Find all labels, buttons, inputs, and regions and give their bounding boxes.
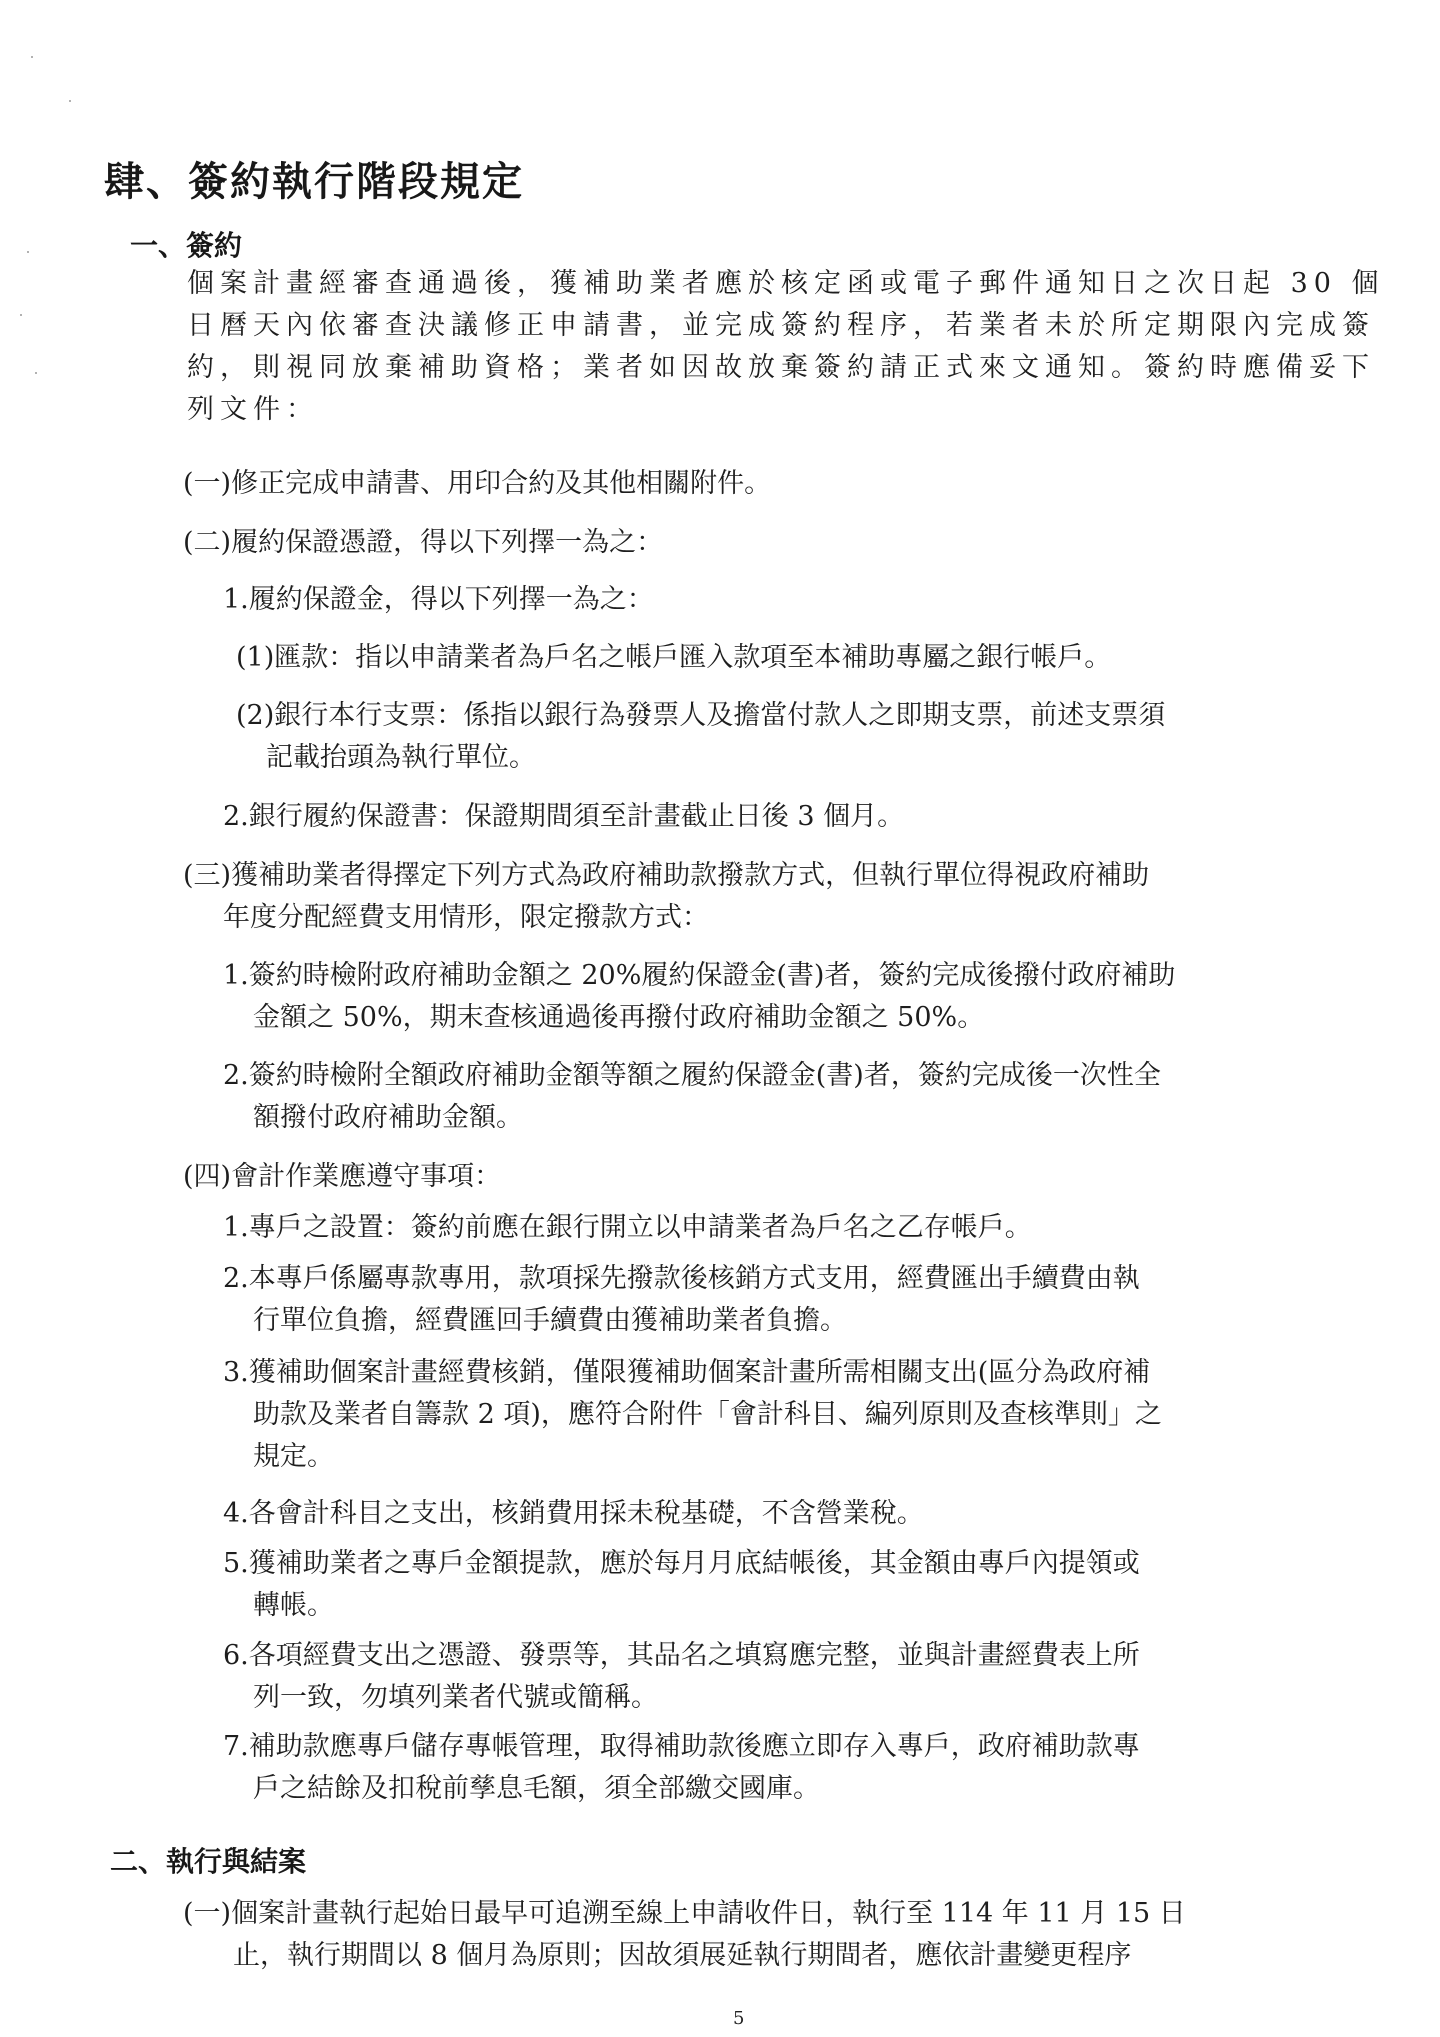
list-item: 5.獲補助業者之專戶金額提款，應於每月月底結帳後，其金額由專戶內提領或 轉帳。 — [223, 1543, 1140, 1627]
text-line: 額撥付政府補助金額。 — [223, 1097, 1161, 1139]
scan-speck — [69, 100, 71, 102]
scan-speck — [35, 372, 37, 374]
list-item: 4.各會計科目之支出，核銷費用採未稅基礎，不含營業稅。 — [223, 1493, 924, 1535]
scan-speck — [27, 251, 29, 253]
text-line: (2)銀行本行支票：係指以銀行為發票人及擔當付款人之即期支票，前述支票須 — [236, 695, 1165, 737]
text-line: 6.各項經費支出之憑證、發票等，其品名之填寫應完整，並與計畫經費表上所 — [223, 1635, 1140, 1677]
section-heading-execution: 二、執行與結案 — [110, 1840, 306, 1880]
list-item: (2)銀行本行支票：係指以銀行為發票人及擔當付款人之即期支票，前述支票須 記載抬… — [236, 695, 1165, 779]
text-line: 戶之結餘及扣稅前孳息毛額，須全部繳交國庫。 — [223, 1768, 1140, 1810]
text-line: 記載抬頭為執行單位。 — [236, 737, 1165, 779]
scan-speck — [20, 314, 22, 316]
document-page: 肆、簽約執行階段規定 一、簽約 個案計畫經審查通過後，獲補助業者應於核定函或電子… — [0, 0, 1440, 2037]
text-line: 助款及業者自籌款 2 項)，應符合附件「會計科目、編列原則及查核準則」之 — [223, 1394, 1162, 1436]
section-heading-signing: 一、簽約 — [130, 224, 242, 264]
text-line: 行單位負擔，經費匯回手續費由獲補助業者負擔。 — [223, 1300, 1140, 1342]
text-line: (一)個案計畫執行起始日最早可追溯至線上申請收件日，執行至 114 年 11 月… — [183, 1893, 1186, 1935]
text-line: 列文件： — [187, 389, 1385, 431]
text-line: 金額之 50%，期末查核通過後再撥付政府補助金額之 50%。 — [223, 997, 1175, 1039]
text-line: 規定。 — [223, 1436, 1162, 1478]
text-line: 3.獲補助個案計畫經費核銷，僅限獲補助個案計畫所需相關支出(區分為政府補 — [223, 1352, 1162, 1394]
list-item: (四)會計作業應遵守事項： — [183, 1156, 501, 1198]
text-line: 轉帳。 — [223, 1585, 1140, 1627]
list-item: 1.履約保證金，得以下列擇一為之： — [223, 579, 654, 621]
text-line: (三)獲補助業者得擇定下列方式為政府補助款撥款方式，但執行單位得視政府補助 — [183, 855, 1149, 897]
list-item: 2.本專戶係屬專款專用，款項採先撥款後核銷方式支用，經費匯出手續費由執 行單位負… — [223, 1258, 1140, 1342]
list-item: (一)個案計畫執行起始日最早可追溯至線上申請收件日，執行至 114 年 11 月… — [183, 1893, 1186, 1977]
text-line: 個案計畫經審查通過後，獲補助業者應於核定函或電子郵件通知日之次日起 30 個 — [187, 263, 1385, 305]
list-item: (一)修正完成申請書、用印合約及其他相關附件。 — [183, 463, 771, 505]
intro-paragraph: 個案計畫經審查通過後，獲補助業者應於核定函或電子郵件通知日之次日起 30 個 日… — [187, 263, 1385, 431]
list-item: 1.簽約時檢附政府補助金額之 20%履約保證金(書)者，簽約完成後撥付政府補助 … — [223, 955, 1175, 1039]
list-item: 7.補助款應專戶儲存專帳管理，取得補助款後應立即存入專戶，政府補助款專 戶之結餘… — [223, 1726, 1140, 1810]
list-item: (二)履約保證憑證，得以下列擇一為之： — [183, 522, 663, 564]
list-item: 6.各項經費支出之憑證、發票等，其品名之填寫應完整，並與計畫經費表上所 列一致，… — [223, 1635, 1140, 1719]
list-item: 2.簽約時檢附全額政府補助金額等額之履約保證金(書)者，簽約完成後一次性全 額撥… — [223, 1055, 1161, 1139]
text-line: 7.補助款應專戶儲存專帳管理，取得補助款後應立即存入專戶，政府補助款專 — [223, 1726, 1140, 1768]
text-line: 年度分配經費支用情形，限定撥款方式： — [183, 897, 1149, 939]
text-line: 止，執行期間以 8 個月為原則；因故須展延執行期間者，應依計畫變更程序 — [183, 1935, 1186, 1977]
text-line: 2.簽約時檢附全額政府補助金額等額之履約保證金(書)者，簽約完成後一次性全 — [223, 1055, 1161, 1097]
list-item: 2.銀行履約保證書：保證期間須至計畫截止日後 3 個月。 — [223, 796, 904, 838]
list-item: 3.獲補助個案計畫經費核銷，僅限獲補助個案計畫所需相關支出(區分為政府補 助款及… — [223, 1352, 1162, 1478]
text-line: 列一致，勿填列業者代號或簡稱。 — [223, 1677, 1140, 1719]
text-line: 1.簽約時檢附政府補助金額之 20%履約保證金(書)者，簽約完成後撥付政府補助 — [223, 955, 1175, 997]
text-line: 5.獲補助業者之專戶金額提款，應於每月月底結帳後，其金額由專戶內提領或 — [223, 1543, 1140, 1585]
page-number: 5 — [733, 2008, 744, 2029]
text-line: 2.本專戶係屬專款專用，款項採先撥款後核銷方式支用，經費匯出手續費由執 — [223, 1258, 1140, 1300]
page-title: 肆、簽約執行階段規定 — [104, 150, 524, 207]
scan-speck — [31, 56, 33, 58]
text-line: 約，則視同放棄補助資格；業者如因故放棄簽約請正式來文通知。簽約時應備妥下 — [187, 347, 1385, 389]
list-item: 1.專戶之設置：簽約前應在銀行開立以申請業者為戶名之乙存帳戶。 — [223, 1207, 1032, 1249]
list-item: (1)匯款：指以申請業者為戶名之帳戶匯入款項至本補助專屬之銀行帳戶。 — [236, 637, 1111, 679]
text-line: 日曆天內依審查決議修正申請書，並完成簽約程序，若業者未於所定期限內完成簽 — [187, 305, 1385, 347]
list-item: (三)獲補助業者得擇定下列方式為政府補助款撥款方式，但執行單位得視政府補助 年度… — [183, 855, 1149, 939]
